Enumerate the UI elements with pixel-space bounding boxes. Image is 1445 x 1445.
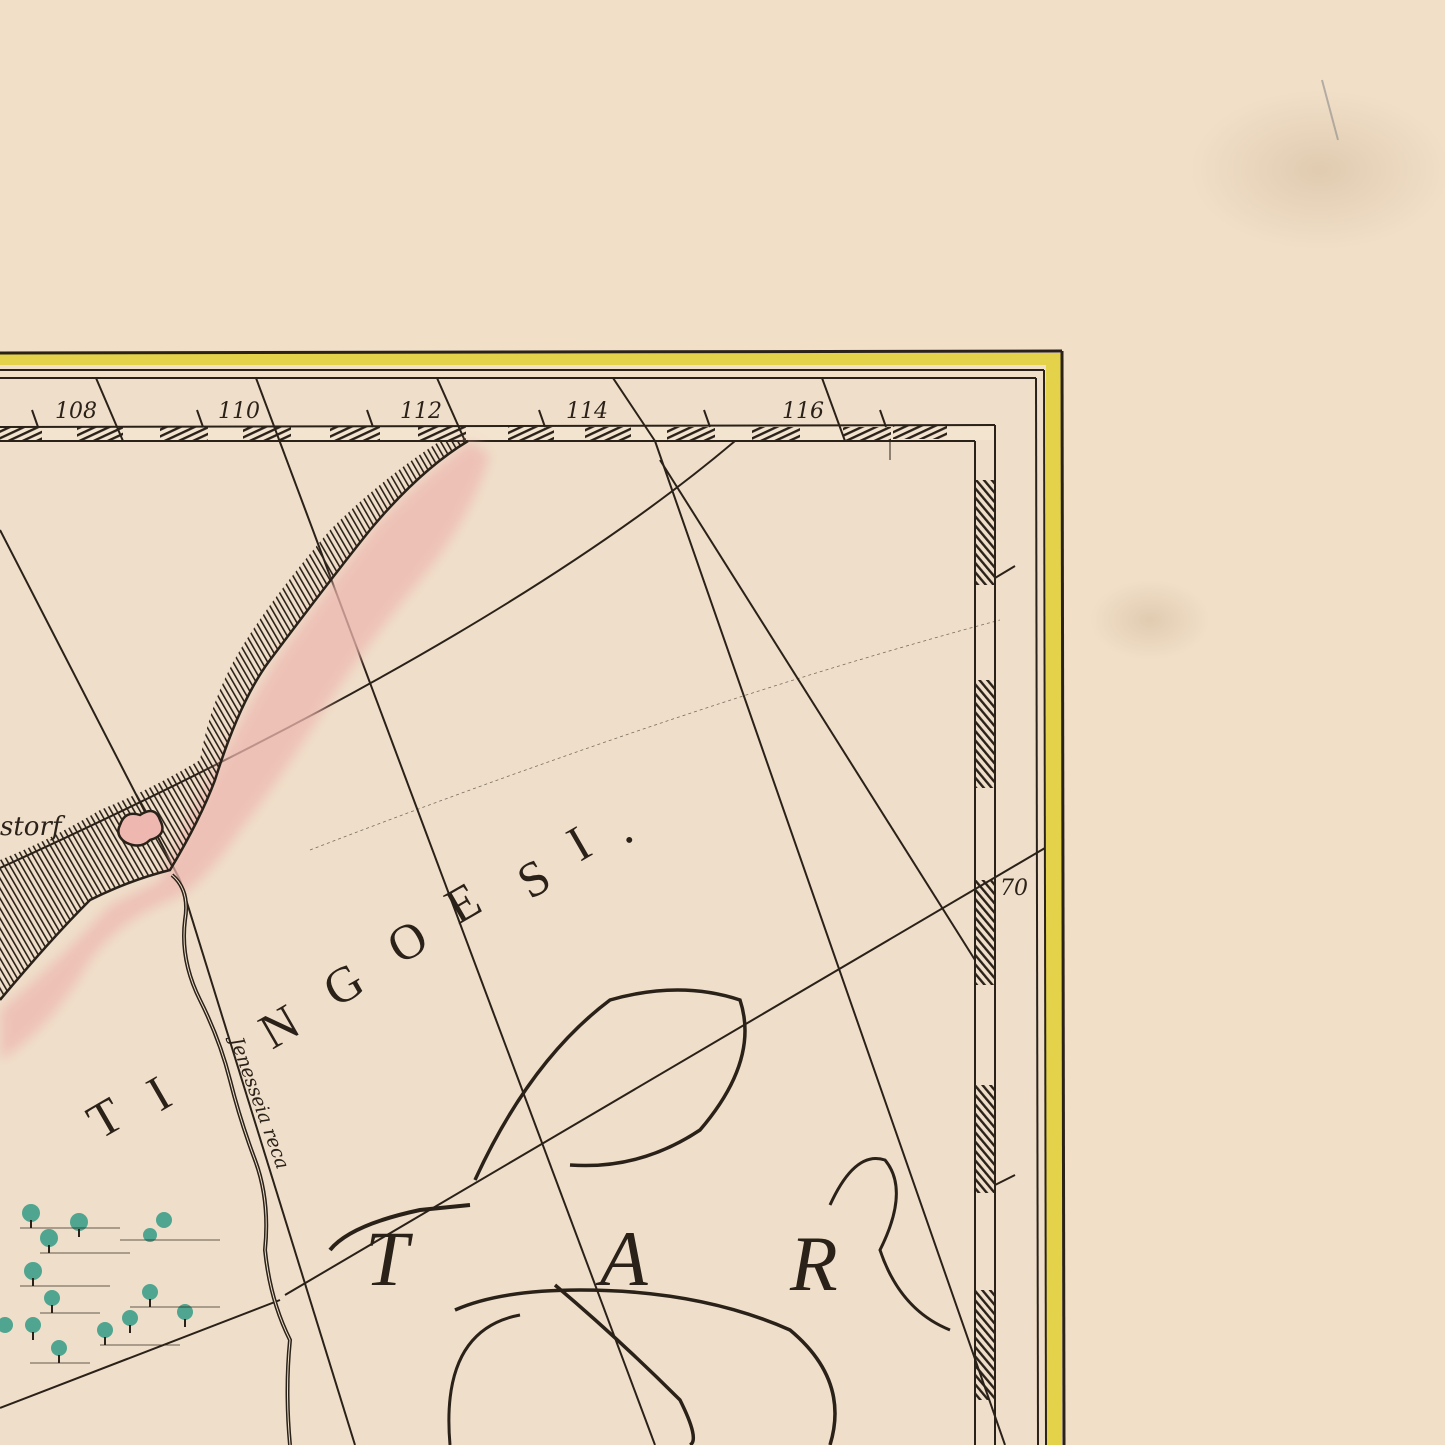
place-label: storf [0,812,66,842]
longitude-label-108: 108 [55,399,97,424]
title-letter-r: R [789,1220,838,1307]
paper-stain [1190,90,1445,250]
longitude-label-110: 110 [218,399,260,424]
longitude-label-116: 116 [782,399,824,424]
title-letter-t: T [365,1215,413,1302]
longitude-label-114: 114 [566,399,608,424]
paper-stain [1090,580,1210,660]
latitude-label-70: 70 [1000,876,1028,901]
map-canvas: 108 110 112 114 116 70 [0,0,1445,1445]
longitude-label-112: 112 [400,399,442,424]
title-letter-a: A [595,1215,648,1302]
map-area [0,378,1045,1445]
antique-map: 108 110 112 114 116 70 [0,0,1445,1445]
